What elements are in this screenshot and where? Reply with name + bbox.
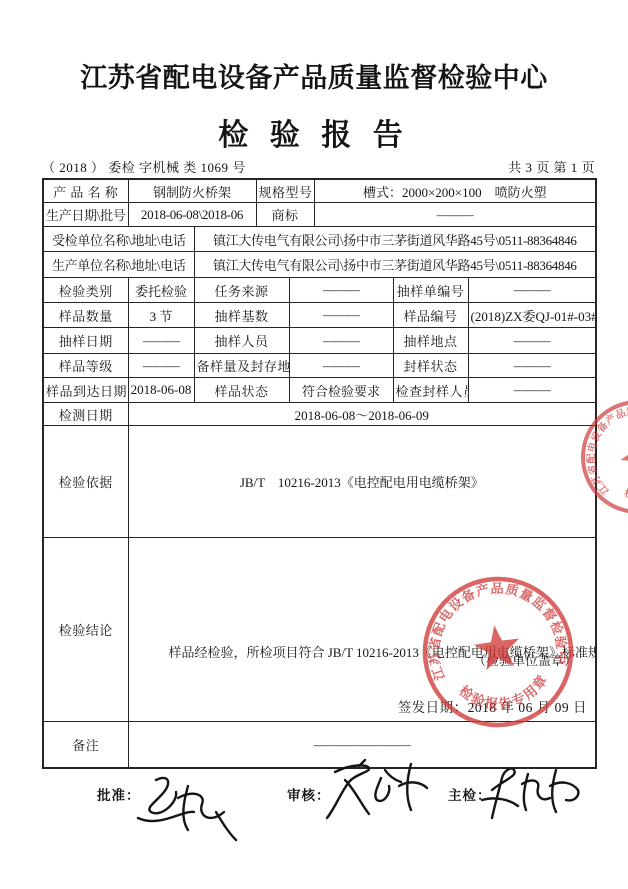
inspected-unit-label: 受检单位名称\地址\电话 — [43, 227, 194, 252]
issue-date: 签发日期：2018 年 06 月 09 日 — [398, 696, 587, 716]
sampling-base-label: 抽样基数 — [194, 303, 289, 328]
sampling-sheet-no-value: ——— — [468, 278, 596, 303]
sample-status-value: 符合检验要求 — [289, 378, 393, 403]
sample-grade-value: ——— — [128, 354, 194, 378]
trademark-value: ——— — [314, 203, 596, 227]
producing-unit-value: 镇江大传电气有限公司\扬中市三茅街道风华路45号\0511-88364846 — [194, 252, 596, 278]
product-name-label: 产 品 名 称 — [43, 179, 128, 203]
sampling-sheet-no-label: 抽样单编号 — [393, 278, 468, 303]
table-row: 产 品 名 称 钢制防火桥架 规格型号 槽式：2000×200×100 喷防火塑 — [43, 179, 596, 203]
sampling-place-value: ——— — [468, 328, 596, 354]
product-name-value: 钢制防火桥架 — [128, 179, 256, 203]
sample-status-label: 样品状态 — [194, 378, 289, 403]
basis-label: 检验依据 — [43, 426, 128, 538]
inspection-type-value: 委托检验 — [128, 278, 194, 303]
test-date-label: 检测日期 — [43, 403, 128, 426]
sample-grade-label: 样品等级 — [43, 354, 128, 378]
sample-qty-value: 3 节 — [128, 303, 194, 328]
table-row: 样品到达日期 2018-06-08 样品状态 符合检验要求 检查封样人员 ——— — [43, 378, 596, 403]
table-row: 抽样日期 ——— 抽样人员 ——— 抽样地点 ——— — [43, 328, 596, 354]
arrival-date-value: 2018-06-08 — [128, 378, 194, 403]
seal-star-icon — [614, 432, 628, 476]
table-row: 样品等级 ——— 备样量及封存地点 ——— 封样状态 ——— — [43, 354, 596, 378]
trademark-label: 商标 — [256, 203, 314, 227]
spec-model-value: 槽式：2000×200×100 喷防火塑 — [314, 179, 596, 203]
sampling-person-value: ——— — [289, 328, 393, 354]
table-row: 检验依据 JB/T 10216-2013《电控配电用电缆桥架》 — [43, 426, 596, 538]
reviewer-signature — [315, 756, 433, 828]
sample-qty-label: 样品数量 — [43, 303, 128, 328]
approver-signature — [126, 768, 248, 846]
seal-checker-value: ——— — [468, 378, 596, 403]
seal-status-label: 封样状态 — [393, 354, 468, 378]
org-title: 江苏省配电设备产品质量监督检验中心 — [0, 56, 628, 95]
table-row: 检验结论 样品经检验，所检项目符合 JB/T 10216-2013《电控配电用电… — [43, 538, 596, 722]
seal-caption-text: 检验报告专用章 — [617, 452, 628, 513]
inspected-unit-value: 镇江大传电气有限公司\扬中市三茅街道风华路45号\0511-88364846 — [194, 227, 596, 252]
task-source-label: 任务来源 — [194, 278, 289, 303]
chief-inspector-signature — [474, 756, 592, 828]
conclusion-cell: 样品经检验，所检项目符合 JB/T 10216-2013《电控配电用电缆桥架》标… — [128, 538, 596, 722]
test-date-value: 2018-06-08～2018-06-09 — [128, 403, 596, 426]
doc-number-row: （ 2018 ） 委检 字机械 类 1069 号 共 3 页 第 1 页 — [42, 157, 595, 176]
table-row: 检测日期 2018-06-08～2018-06-09 — [43, 403, 596, 426]
spec-model-label: 规格型号 — [256, 179, 314, 203]
sample-no-value: (2018)ZX委QJ-01#-03# — [468, 303, 596, 328]
seal-status-value: ——— — [468, 354, 596, 378]
report-title: 检 验 报 告 — [0, 110, 628, 154]
page-info: 共 3 页 第 1 页 — [508, 157, 595, 176]
arrival-date-label: 样品到达日期 — [43, 378, 128, 403]
doc-number: （ 2018 ） 委检 字机械 类 1069 号 — [42, 157, 246, 176]
basis-value: JB/T 10216-2013《电控配电用电缆桥架》 — [128, 426, 596, 538]
inspection-type-label: 检验类别 — [43, 278, 128, 303]
table-row: 受检单位名称\地址\电话 镇江大传电气有限公司\扬中市三茅街道风华路45号\05… — [43, 227, 596, 252]
sample-no-label: 样品编号 — [393, 303, 468, 328]
svg-text:检验报告专用章: 检验报告专用章 — [617, 452, 628, 513]
report-table: 产 品 名 称 钢制防火桥架 规格型号 槽式：2000×200×100 喷防火塑… — [42, 178, 597, 769]
conclusion-label: 检验结论 — [43, 538, 128, 722]
sampling-place-label: 抽样地点 — [393, 328, 468, 354]
table-row: 生产单位名称\地址\电话 镇江大传电气有限公司\扬中市三茅街道风华路45号\05… — [43, 252, 596, 278]
table-row: 检验类别 委托检验 任务来源 ——— 抽样单编号 ——— — [43, 278, 596, 303]
task-source-value: ——— — [289, 278, 393, 303]
sampling-date-value: ——— — [128, 328, 194, 354]
prod-date-value: 2018-06-08\2018-06 — [128, 203, 256, 227]
spare-sample-value: ——— — [289, 354, 393, 378]
sampling-person-label: 抽样人员 — [194, 328, 289, 354]
table-row: 生产日期\批号 2018-06-08\2018-06 商标 ——— — [43, 203, 596, 227]
spare-sample-label: 备样量及封存地点 — [194, 354, 289, 378]
prod-date-label: 生产日期\批号 — [43, 203, 128, 227]
seal-note: （检验单位盖章） — [473, 650, 577, 669]
sampling-date-label: 抽样日期 — [43, 328, 128, 354]
remark-label: 备注 — [43, 722, 128, 769]
inspection-report-page: 江苏省配电设备产品质量监督检验中心 检 验 报 告 （ 2018 ） 委检 字机… — [0, 0, 628, 889]
seal-checker-label: 检查封样人员 — [393, 378, 468, 403]
table-row: 样品数量 3 节 抽样基数 ——— 样品编号 (2018)ZX委QJ-01#-0… — [43, 303, 596, 328]
sampling-base-value: ——— — [289, 303, 393, 328]
producing-unit-label: 生产单位名称\地址\电话 — [43, 252, 194, 278]
